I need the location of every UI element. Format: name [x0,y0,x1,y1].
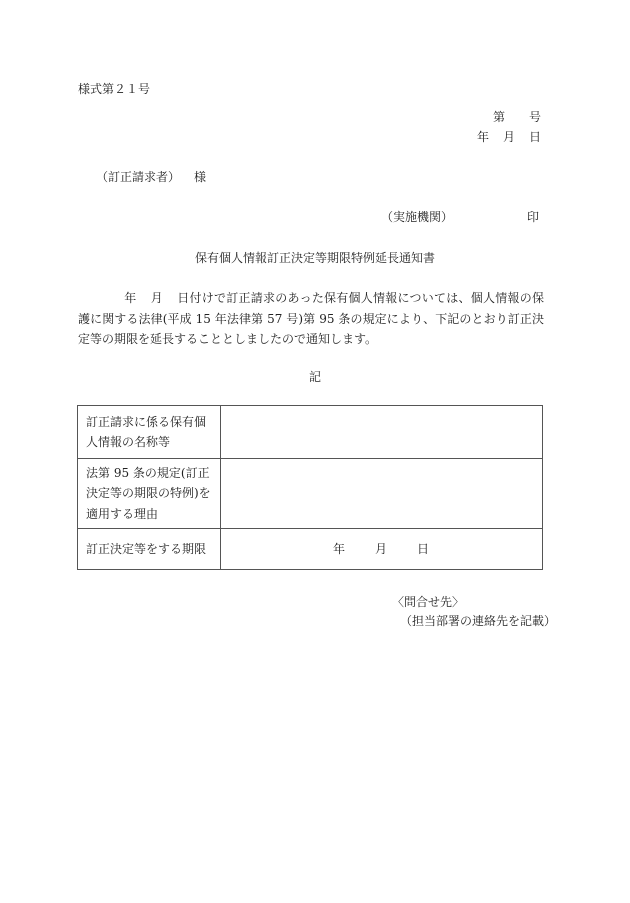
date-day: 日 [529,128,541,145]
recipient-honorific: 様 [194,170,206,184]
row-label: 法第 95 条の規定(訂正決定等の期限の特例)を適用する理由 [78,459,221,529]
contact-note: （担当部署の連絡先を記載） [400,612,556,629]
row-label: 訂正決定等をする期限 [78,529,221,570]
issuer: （実施機関）印 [381,208,539,225]
ki-heading: 記 [0,368,630,385]
seal-mark: 印 [527,210,539,224]
deadline-year: 年 [333,539,345,560]
doc-no-prefix: 第 [493,108,505,125]
document-date: 年月日 [477,128,541,145]
deadline-day: 日 [417,539,429,560]
document-number: 第号 [493,108,541,125]
deadline-month: 月 [375,539,387,560]
table-row: 法第 95 条の規定(訂正決定等の期限の特例)を適用する理由 [78,459,543,529]
doc-no-suffix: 号 [529,108,541,125]
date-month: 月 [503,128,515,145]
body-paragraph: 年月日付けで訂正請求のあった保有個人情報については、個人情報の保護に関する法律(… [78,288,544,350]
issuer-label: （実施機関） [381,210,453,224]
body-text: 日付けで訂正請求のあった保有個人情報については、個人情報の保護に関する法律(平成… [78,291,544,346]
table-row: 訂正決定等をする期限 年月日 [78,529,543,570]
contact-heading: 〈問合せ先〉 [392,593,464,610]
body-year: 年 [124,291,137,305]
document-title: 保有個人情報訂正決定等期限特例延長通知書 [0,249,630,266]
table-row: 訂正請求に係る保有個人情報の名称等 [78,406,543,459]
date-year: 年 [477,128,489,145]
body-month: 月 [151,291,164,305]
row-label: 訂正請求に係る保有個人情報の名称等 [78,406,221,459]
recipient-label: （訂正請求者） [96,170,180,184]
row-value [221,459,543,529]
row-value [221,406,543,459]
detail-table: 訂正請求に係る保有個人情報の名称等 法第 95 条の規定(訂正決定等の期限の特例… [77,405,543,570]
deadline-date: 年月日 [221,529,543,570]
form-number: 様式第２１号 [78,80,150,97]
recipient: （訂正請求者）様 [96,168,206,185]
